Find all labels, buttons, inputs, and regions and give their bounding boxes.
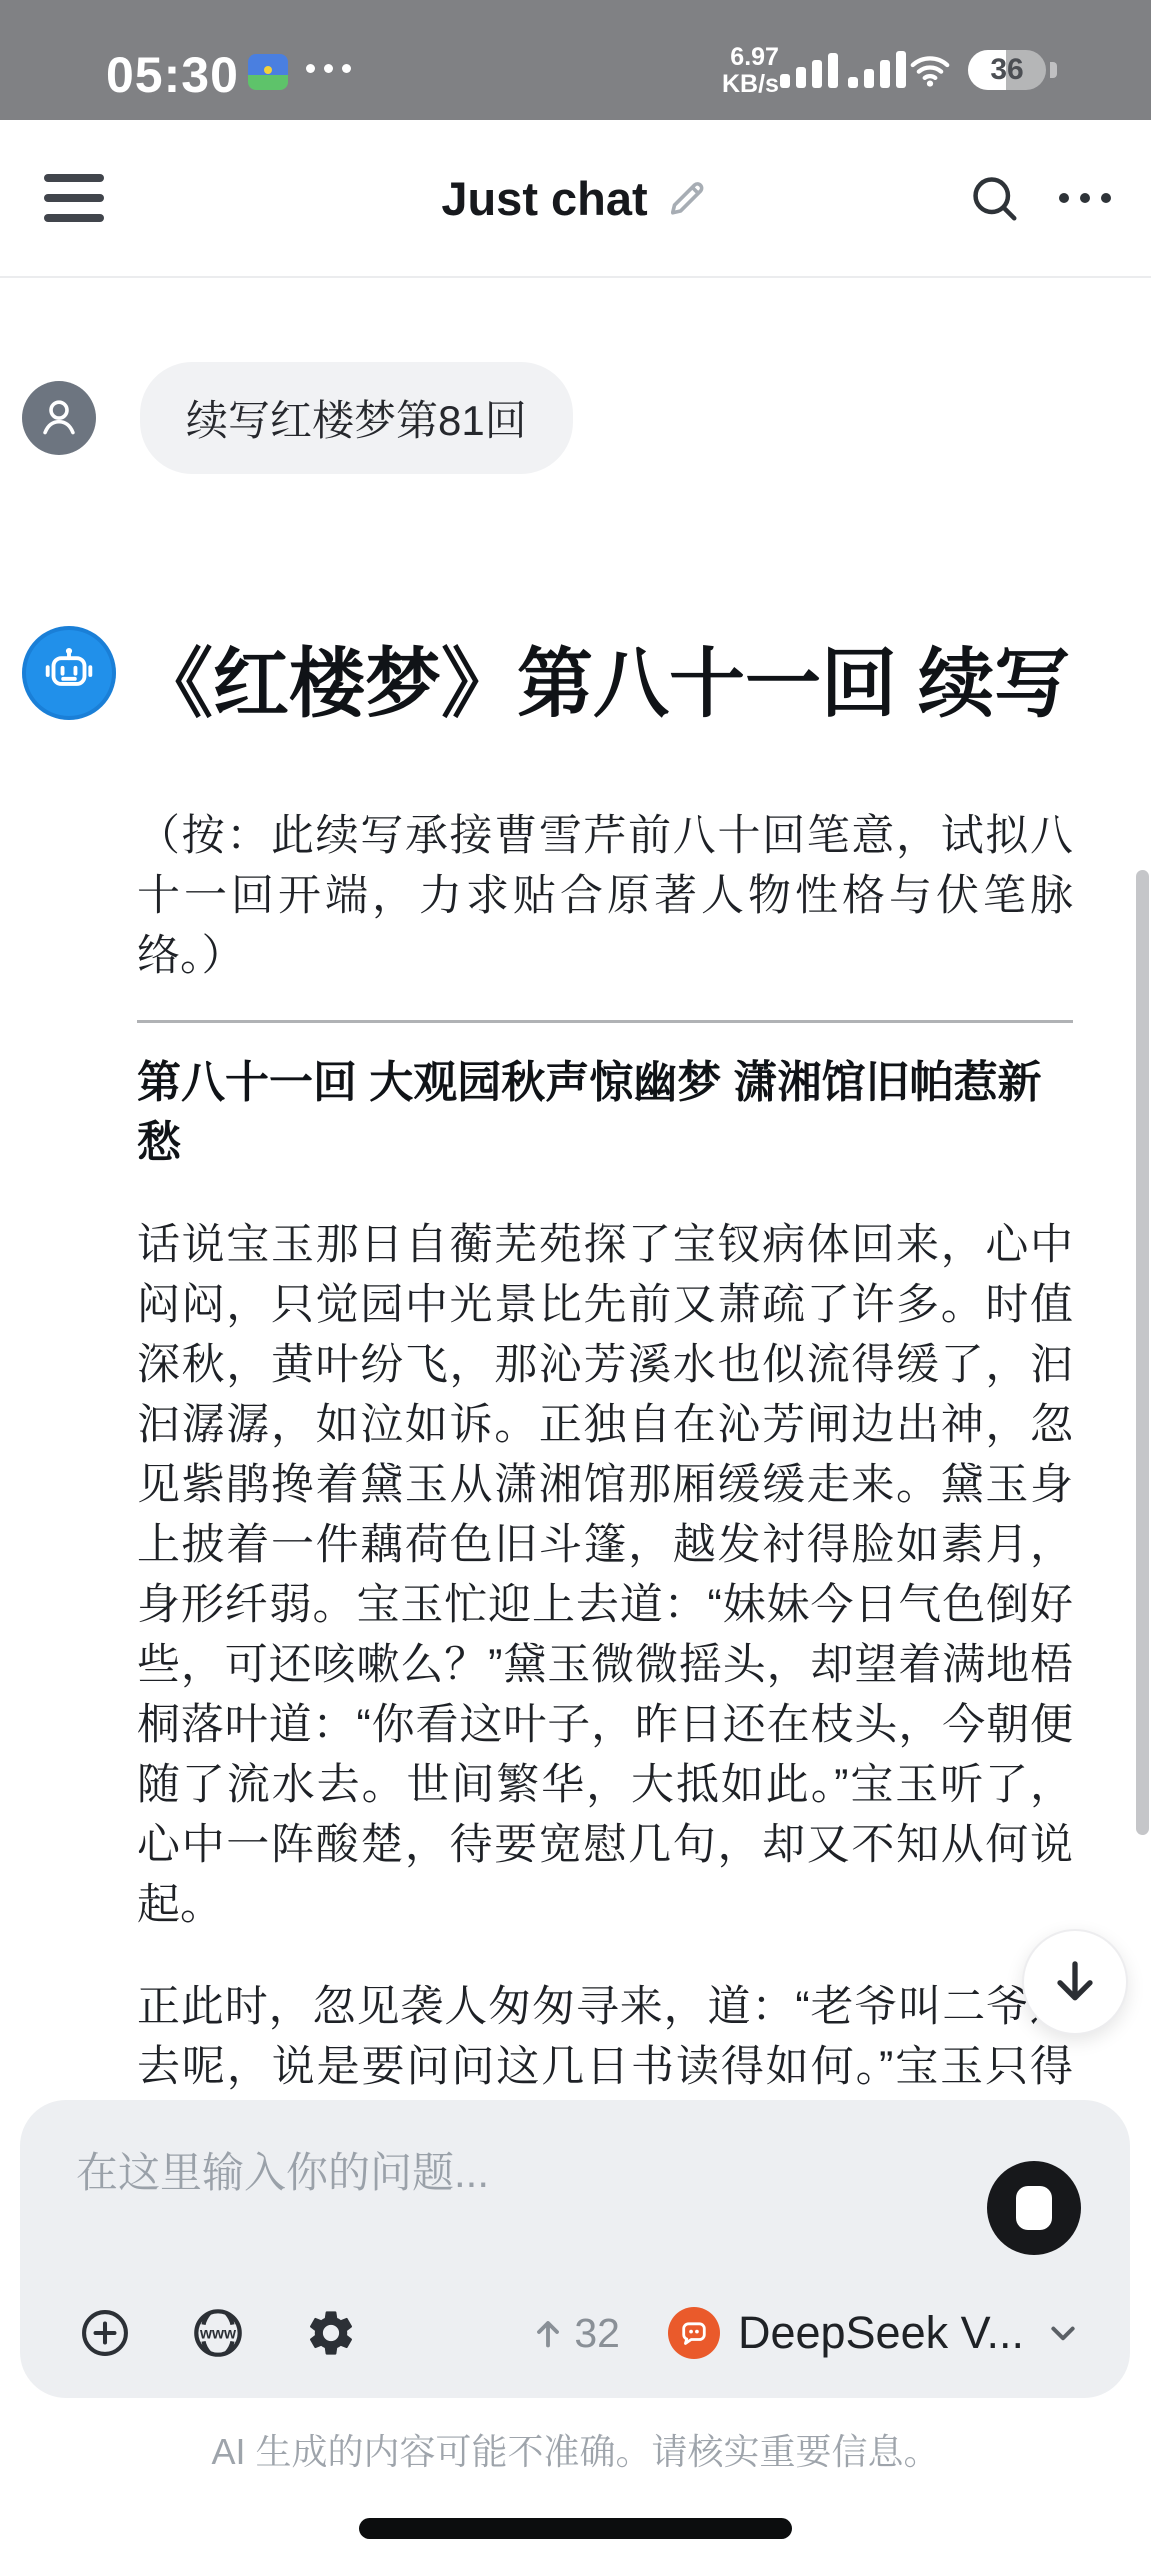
message-input[interactable]: 在这里输入你的问题... — [76, 2140, 940, 2200]
stop-generating-button[interactable] — [987, 2161, 1081, 2255]
status-bar: 05:30 6.97 KB/s 36 — [0, 0, 1151, 120]
model-selector[interactable]: DeepSeek V... — [668, 2307, 1084, 2359]
plus-circle-icon — [78, 2306, 132, 2360]
story-paragraph-1: 话说宝玉那日自蘅芜苑探了宝钗病体回来，心中闷闷，只觉园中光景比先前又萧疏了许多。… — [137, 1215, 1073, 1935]
more-notifications-icon — [306, 64, 351, 73]
signal-bars-sim2-icon — [848, 51, 906, 88]
phone-screen: 05:30 6.97 KB/s 36 Just chat — [0, 0, 1151, 2560]
wifi-icon — [906, 48, 954, 92]
robot-icon — [38, 642, 100, 704]
more-options-button[interactable] — [1059, 193, 1111, 203]
home-indicator[interactable] — [359, 2518, 792, 2539]
stop-icon — [1016, 2186, 1052, 2230]
composer-toolbar: www 32 DeepSeek V... — [20, 2300, 1130, 2366]
chevron-down-icon — [1042, 2312, 1084, 2354]
context-usage: 32 — [528, 2310, 620, 2357]
clock: 05:30 — [106, 46, 239, 104]
user-message-row: 续写红楼梦第81回 — [22, 362, 1151, 474]
svg-text:www: www — [199, 2326, 236, 2343]
battery-percent: 36 — [968, 50, 1046, 90]
model-logo-icon — [668, 2307, 720, 2359]
app-header: Just chat — [0, 120, 1151, 278]
assistant-avatar — [22, 626, 116, 720]
scrollbar-thumb[interactable] — [1136, 870, 1149, 1835]
user-message-bubble: 续写红楼梦第81回 — [140, 362, 573, 474]
composer-panel: 在这里输入你的问题... www 32 — [20, 2100, 1130, 2398]
notification-app-icon — [248, 54, 288, 90]
divider — [137, 1020, 1073, 1023]
gear-icon — [304, 2306, 358, 2360]
assistant-message: 《红楼梦》第八十一回 续写 （按：此续写承接曹雪芹前八十回笔意，试拟八十一回开端… — [0, 624, 1151, 2277]
signal-bars-sim1-icon — [780, 53, 838, 88]
author-note: （按：此续写承接曹雪芹前八十回笔意，试拟八十一回开端，力求贴合原著人物性格与伏笔… — [137, 806, 1073, 986]
person-icon — [30, 389, 88, 447]
model-name: DeepSeek V... — [738, 2307, 1024, 2359]
add-attachment-button[interactable] — [78, 2306, 132, 2360]
response-title: 《红楼梦》第八十一回 续写 — [137, 624, 1073, 746]
arrow-down-icon — [1046, 1953, 1104, 2011]
network-speed: 6.97 KB/s — [722, 44, 779, 98]
ai-disclaimer: AI 生成的内容可能不准确。请核实重要信息。 — [0, 2424, 1151, 2475]
web-search-button[interactable]: www — [190, 2305, 246, 2361]
chat-title: Just chat — [441, 171, 647, 226]
scroll-to-bottom-button[interactable] — [1022, 1929, 1128, 2035]
user-avatar — [22, 381, 96, 455]
globe-www-icon: www — [190, 2305, 246, 2361]
arrow-up-icon — [528, 2313, 568, 2353]
battery-icon: 36 — [968, 50, 1046, 90]
chapter-heading: 第八十一回 大观园秋声惊幽梦 潇湘馆旧帕惹新愁 — [137, 1053, 1073, 1173]
search-button[interactable] — [967, 171, 1021, 225]
settings-button[interactable] — [304, 2306, 358, 2360]
assistant-markdown: 《红楼梦》第八十一回 续写 （按：此续写承接曹雪芹前八十回笔意，试拟八十一回开端… — [137, 624, 1073, 2277]
edit-title-button[interactable] — [664, 175, 710, 221]
battery-nub — [1050, 62, 1057, 78]
